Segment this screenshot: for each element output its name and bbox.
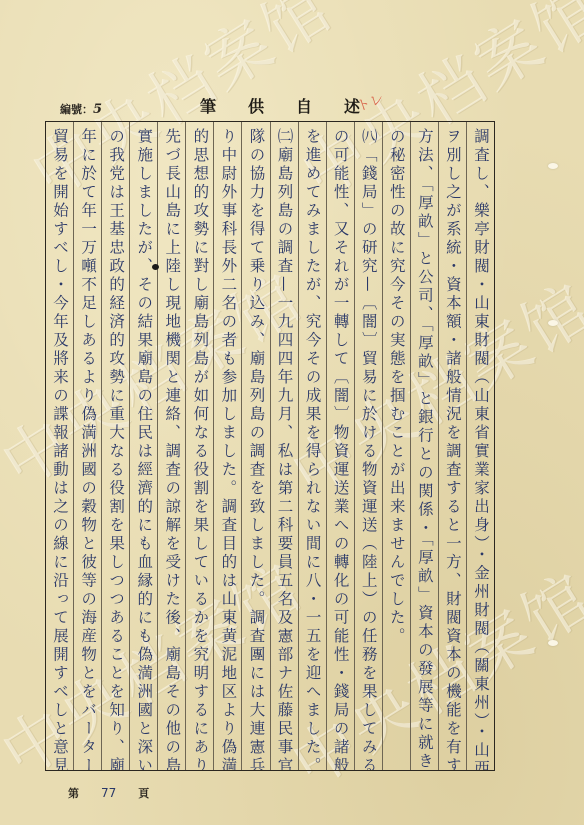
title-char: 自 bbox=[296, 94, 312, 117]
column-text: 年に於て年一万噸不足しあるより偽満洲國の穀物と彼等の海産物とをバーターすることに… bbox=[74, 122, 101, 770]
ink-blot bbox=[152, 264, 159, 270]
page-title: 筆 供 自 述 bbox=[200, 94, 360, 117]
text-column: を進めてみましたが、究今その成果を得られない間に八・一五を迎へました。 bbox=[298, 122, 326, 770]
column-text: 實施しましたが、その結果廟島の住民は經濟的にも血縁的にも偽満洲國と深い関係にあり… bbox=[130, 122, 157, 770]
text-column: 隊の協力を得て乗り込み、廟島列島の調査を致しました。調査團には大連憲兵隊より二名… bbox=[241, 122, 269, 770]
text-column: 方法、「厚畝」と公司、「厚畝」と銀行との関係・「厚畝」資本の發展等に就き研究を進… bbox=[410, 122, 438, 770]
title-char: 筆 bbox=[200, 94, 216, 117]
text-column: り中尉外事科長外二名の者も参加しました。調査目的は山東黄泥地区より偽満洲國に對し… bbox=[213, 122, 241, 770]
text-column: ヲ別し之が系統・資本額・諸般情況を調査すると一方、財閥資本の機能を有す「厚畝」の… bbox=[438, 122, 466, 770]
column-text: の秘密性の故に究今その実態を掴むことが出来ませんでした。 bbox=[383, 122, 410, 770]
document-code-label: 編號： bbox=[60, 103, 93, 116]
binding-hole bbox=[548, 163, 558, 169]
page-number: 77 bbox=[101, 786, 116, 800]
title-char: 供 bbox=[248, 94, 264, 117]
page-footer: 第 77 頁 bbox=[68, 785, 149, 801]
column-text: の我党は王基忠政的経済的攻勢に重大なる役割を果しつつあることを知り、廟島列島の島… bbox=[102, 122, 129, 770]
column-text: 貿易を開始すべし・今年及將来の諜報諸動は之の線に沿って展開すべしと意見書を附し bbox=[46, 122, 73, 770]
text-column: 實施しましたが、その結果廟島の住民は經濟的にも血縁的にも偽満洲國と深い関係にあり… bbox=[129, 122, 157, 770]
text-column: の秘密性の故に究今その実態を掴むことが出来ませんでした。 bbox=[382, 122, 410, 770]
text-column: の我党は王基忠政的経済的攻勢に重大なる役割を果しつつあることを知り、廟島列島の島… bbox=[101, 122, 129, 770]
text-column: 先づ長山島に上陸し現地機関と連絡、調査の諒解を受けた後、廟島その他の島へと拡進し… bbox=[157, 122, 185, 770]
document-code: 編號：5 bbox=[60, 101, 102, 117]
column-text: を進めてみましたが、究今その成果を得られない間に八・一五を迎へました。 bbox=[299, 122, 326, 770]
column-text: ヲ別し之が系統・資本額・諸般情況を調査すると一方、財閥資本の機能を有す「厚畝」の… bbox=[439, 122, 466, 770]
column-text: り中尉外事科長外二名の者も参加しました。調査目的は山東黄泥地区より偽満洲國に對し… bbox=[214, 122, 241, 770]
column-text: 調査し、樂亭財閥・山東財閥（山東省實業家出身）・金州財閥（關東州）・山西財閥・在… bbox=[467, 122, 494, 770]
page-suffix: 頁 bbox=[138, 785, 149, 801]
text-column: の可能性、又それが一轉して〔闇〕物資運送業への轉化の可能性・錢局の諸般状況・經路… bbox=[326, 122, 354, 770]
column-text: 隊の協力を得て乗り込み、廟島列島の調査を致しました。調査團には大連憲兵隊より二名… bbox=[242, 122, 269, 770]
column-text: 先づ長山島に上陸し現地機関と連絡、調査の諒解を受けた後、廟島その他の島へと拡進し… bbox=[158, 122, 185, 770]
column-text: 的思想的攻勢に對し廟島列島が如何なる役割を果しているかを究明するにありました。 bbox=[186, 122, 213, 770]
column-text: 方法、「厚畝」と公司、「厚畝」と銀行との関係・「厚畝」資本の發展等に就き研究を進… bbox=[411, 122, 438, 770]
binding-hole bbox=[548, 320, 558, 326]
red-annotation: トレ bbox=[353, 88, 386, 116]
text-column: 年に於て年一万噸不足しあるより偽満洲國の穀物と彼等の海産物とをバーターすることに… bbox=[73, 122, 101, 770]
document-page: 中央档案馆 中央档案馆 中央档案馆 中央档案馆 中央档案馆 中央档案馆 編號：5… bbox=[0, 0, 584, 825]
column-text: ㈡廟島列島の調査—一九四四年九月、私は第二科要員五名及憲部ナ佐藤民事官等と共に海… bbox=[271, 122, 298, 770]
text-column: 的思想的攻勢に對し廟島列島が如何なる役割を果しているかを究明するにありました。 bbox=[185, 122, 213, 770]
text-column: 調査し、樂亭財閥・山東財閥（山東省實業家出身）・金州財閥（關東州）・山西財閥・在… bbox=[466, 122, 494, 770]
document-code-value: 5 bbox=[93, 102, 102, 117]
text-column: ㈧「錢局」の研究—〔闇〕貿易に於ける物資運送（陸上）の任務を果してみる錢局の歴史… bbox=[354, 122, 382, 770]
manuscript-grid: 調査し、樂亭財閥・山東財閥（山東省實業家出身）・金州財閥（關東州）・山西財閥・在… bbox=[45, 121, 495, 771]
text-column: ㈡廟島列島の調査—一九四四年九月、私は第二科要員五名及憲部ナ佐藤民事官等と共に海… bbox=[270, 122, 298, 770]
column-text: の可能性、又それが一轉して〔闇〕物資運送業への轉化の可能性・錢局の諸般状況・經路… bbox=[327, 122, 354, 770]
column-text: ㈧「錢局」の研究—〔闇〕貿易に於ける物資運送（陸上）の任務を果してみる錢局の歴史… bbox=[355, 122, 382, 770]
text-column: 貿易を開始すべし・今年及將来の諜報諸動は之の線に沿って展開すべしと意見書を附し bbox=[46, 122, 73, 770]
page-prefix: 第 bbox=[68, 785, 79, 801]
binding-hole bbox=[548, 640, 558, 646]
